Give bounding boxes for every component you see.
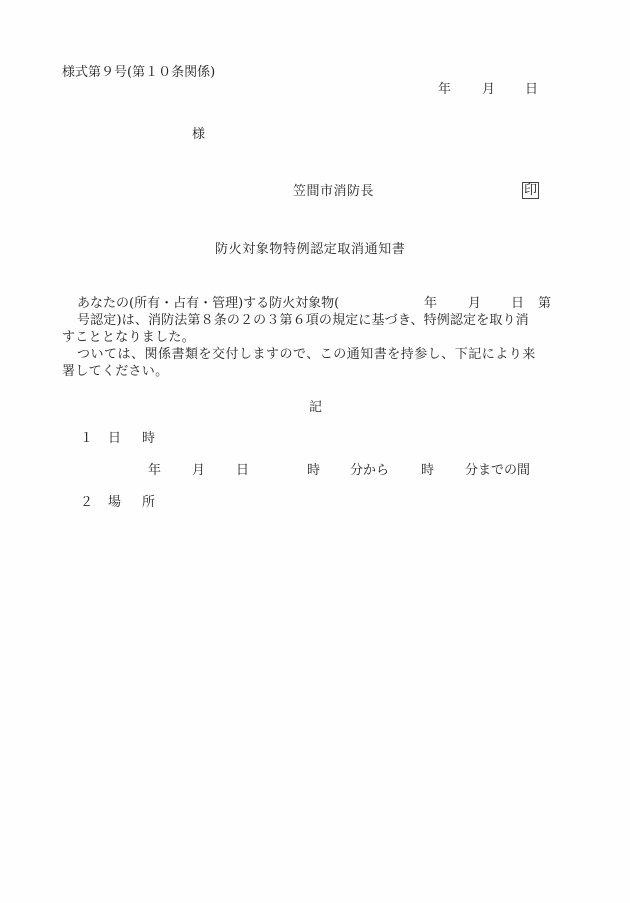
para1-line3: すこととなりました。 — [62, 330, 195, 346]
item-label-b: 時 — [142, 431, 155, 447]
para1-year: 年 — [424, 296, 437, 312]
para1-line2: 号認定)は、消防法第８条の２の３第６項の規定に基づき、特例認定を取り消 — [77, 313, 529, 329]
item-label-a: 日 — [108, 431, 121, 447]
datetime-year: 年 — [148, 463, 161, 479]
datetime-month: 月 — [192, 463, 205, 479]
para2-line2: 署してください。 — [62, 364, 168, 380]
record-heading: 記 — [309, 400, 322, 416]
para1-number-prefix: 第 — [538, 296, 551, 312]
item-number: １ — [80, 431, 93, 447]
item-number: ２ — [80, 495, 93, 511]
datetime-hour-to: 時 — [421, 463, 434, 479]
issuer-title: 笠間市消防長 — [293, 184, 374, 200]
date-month-label: 月 — [482, 82, 495, 98]
recipient-suffix: 様 — [192, 127, 205, 143]
form-number: 様式第９号(第１０条関係) — [62, 65, 215, 81]
item-label-b: 所 — [142, 495, 155, 511]
para1-line1: あなたの(所有・占有・管理)する防火対象物( — [77, 296, 339, 312]
para2-line1: ついては、関係書類を交付しますので、この通知書を持参し、下記により来 — [77, 347, 536, 363]
date-year-label: 年 — [438, 82, 451, 98]
datetime-day: 日 — [236, 463, 249, 479]
date-day-label: 日 — [525, 82, 538, 98]
item-label-a: 場 — [108, 495, 121, 511]
para1-month: 月 — [468, 296, 481, 312]
datetime-min-to: 分までの間 — [465, 463, 530, 479]
document-title: 防火対象物特例認定取消通知書 — [215, 242, 405, 258]
seal-stamp-icon: 印 — [522, 182, 539, 199]
datetime-min-from: 分から — [350, 463, 389, 479]
para1-day: 日 — [511, 296, 524, 312]
datetime-hour-from: 時 — [307, 463, 320, 479]
